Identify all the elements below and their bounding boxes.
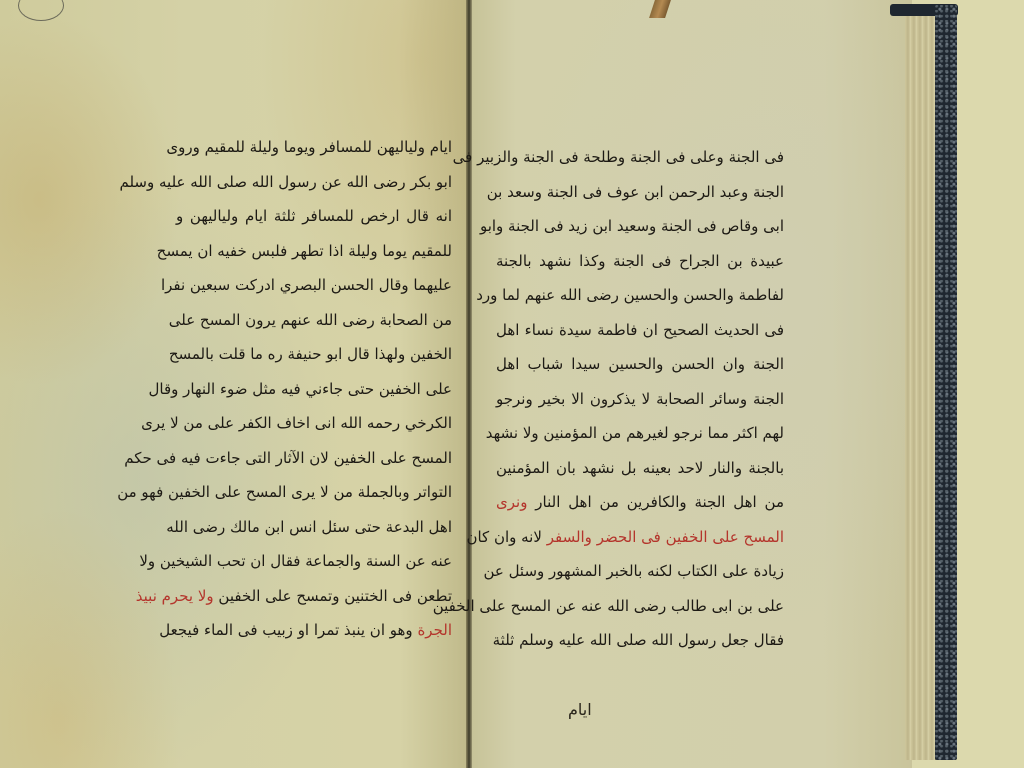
text-line: من الصحابة رضى الله عنهم يرون المسح على (176, 303, 452, 338)
text-line: على الخفين حتى جاءني فيه مثل ضوء النهار … (176, 372, 452, 407)
text-line: للمقيم يوما وليلة اذا تطهر فلبس خفيه ان … (176, 234, 452, 269)
text-line: ابى وقاص فى الجنة وسعيد ابن زيد فى الجنة… (496, 209, 784, 244)
page-edges (905, 8, 936, 760)
text-line: الجنة وعبد الرحمن ابن عوف فى الجنة وسعد … (496, 175, 784, 210)
text-line: انه قال ارخص للمسافر ثلثة ايام ولياليهن … (176, 199, 452, 234)
catchword: ايام (568, 700, 592, 719)
text-segment: لانه وان كان (466, 528, 541, 546)
text-segment: تطعن فى الختنين وتمسح على الخفين (218, 587, 452, 605)
text-line: التواتر وبالجملة من لا يرى المسح على الخ… (176, 475, 452, 510)
right-page-text: فى الجنة وعلى فى الجنة وطلحة فى الجنة وا… (496, 140, 784, 658)
text-line: بالجنة والنار لاحد بعينه بل نشهد بان الم… (496, 451, 784, 486)
book-binding (935, 5, 957, 760)
text-line: فى الجنة وعلى فى الجنة وطلحة فى الجنة وا… (496, 140, 784, 175)
text-line: المسح على الخفين لان الآثار التى جاءت في… (176, 441, 452, 476)
rubric-text: ونرى (496, 493, 527, 511)
text-line: ايام ولياليهن للمسافر ويوما وليلة للمقيم… (176, 130, 452, 165)
text-line: فقال جعل رسول الله صلى الله عليه وسلم ثل… (496, 623, 784, 658)
text-line: اهل البدعة حتى سئل انس ابن مالك رضى الله (176, 510, 452, 545)
text-line: زيادة على الكتاب لكنه بالخبر المشهور وسئ… (496, 554, 784, 589)
text-line: على بن ابى طالب رضى الله عنه عن المسح عل… (496, 589, 784, 624)
text-line: الجرة وهو ان ينبذ تمرا او زبيب فى الماء … (176, 613, 452, 648)
text-line: عليهما وقال الحسن البصري ادركت سبعين نفر… (176, 268, 452, 303)
text-line: تطعن فى الختنين وتمسح على الخفين ولا يحر… (176, 579, 452, 614)
text-line: الجنة وسائر الصحابة لا يذكرون الا بخير و… (496, 382, 784, 417)
rubric-text: المسح على الخفين فى الحضر والسفر (547, 528, 784, 546)
text-line: الخفين ولهذا قال ابو حنيفة ره ما قلت بال… (176, 337, 452, 372)
rubric-text: ولا يحرم نبيذ (136, 587, 214, 605)
text-segment: من اهل الجنة والكافرين من اهل النار (535, 493, 784, 511)
left-page-text: ايام ولياليهن للمسافر ويوما وليلة للمقيم… (176, 130, 452, 648)
text-line: ابو بكر رضى الله عن رسول الله صلى الله ع… (176, 165, 452, 200)
margin-pencil-mark (18, 0, 64, 21)
text-line: المسح على الخفين فى الحضر والسفر لانه وا… (496, 520, 784, 555)
text-line: الكرخي رحمه الله انى اخاف الكفر على من ل… (176, 406, 452, 441)
text-line: عبيدة بن الجراح فى الجنة وكذا نشهد بالجن… (496, 244, 784, 279)
rubric-text: الجرة (417, 621, 452, 639)
text-line: من اهل الجنة والكافرين من اهل النار ونرى (496, 485, 784, 520)
text-line: فى الحديث الصحيح ان فاطمة سيدة نساء اهل (496, 313, 784, 348)
text-line: لهم اكثر مما نرجو لغيرهم من المؤمنين ولا… (496, 416, 784, 451)
text-line: عنه عن السنة والجماعة فقال ان تحب الشيخي… (176, 544, 452, 579)
text-segment: وهو ان ينبذ تمرا او زبيب فى الماء فيجعل (159, 621, 412, 639)
text-line: لفاطمة والحسن والحسين رضى الله عنهم لما … (496, 278, 784, 313)
text-line: الجنة وان الحسن والحسين سيدا شباب اهل (496, 347, 784, 382)
